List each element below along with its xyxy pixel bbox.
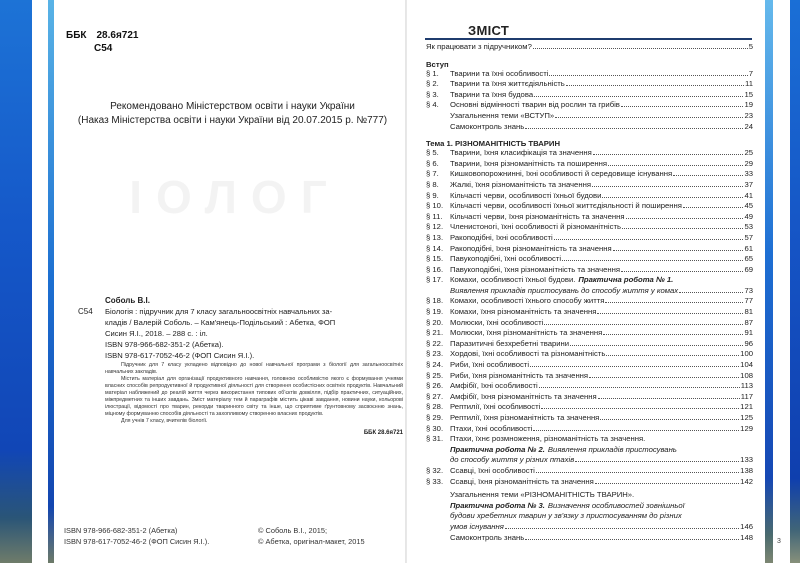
toc-label: до способу життя у різних птахів xyxy=(450,455,574,464)
toc-label: Тварини та їхня будова xyxy=(450,90,533,99)
toc-page: 104 xyxy=(740,360,753,369)
toc-number: § 28. xyxy=(426,402,450,411)
toc-entry-17[interactable]: § 17. Комахи, особливості їхньої будови.… xyxy=(426,275,753,286)
toc-label: Тварини, їхня класифікація та значення xyxy=(450,148,592,157)
page-number: 3 xyxy=(777,538,781,545)
toc-number: § 19. xyxy=(426,307,450,316)
leader-dots xyxy=(570,345,743,346)
leader-dots xyxy=(592,186,743,187)
toc-label: Жалкі, їхня різноманітність та значення xyxy=(450,180,591,189)
leader-dots xyxy=(533,430,739,431)
bbk-header: ББК 28.6я721 С54 xyxy=(66,30,138,56)
toc-entry[interactable]: § 20.Молюски, їхні особливості87 xyxy=(426,318,753,329)
leader-dots xyxy=(608,165,743,166)
toc-label: Узагальнення теми «РІЗНОМАНІТНІСТЬ ТВАРИ… xyxy=(450,490,634,499)
toc-summary-line-3[interactable]: умов існування 146 xyxy=(426,522,753,533)
toc-page: 113 xyxy=(741,381,753,390)
toc-label: Комахи, їхня різноманітність та значення xyxy=(450,307,596,316)
toc-entry[interactable]: § 12.Членистоногі, їхні особливості й рі… xyxy=(426,222,753,233)
margin-right xyxy=(773,0,790,563)
toc-page: 69 xyxy=(744,265,753,274)
leader-dots xyxy=(600,419,739,420)
toc-entry[interactable]: § 13.Ракоподібні, їхні особливості57 xyxy=(426,233,753,244)
toc-page: 142 xyxy=(740,477,753,486)
toc-number: § 14. xyxy=(426,244,450,253)
toc-entry[interactable]: § 8.Жалкі, їхня різноманітність та значе… xyxy=(426,180,753,191)
toc-label: Виявлення прикладів пристосувань до спос… xyxy=(450,286,678,295)
catalog-description-3: Сисин Я.І., 2018. – 288 с. : іл. xyxy=(105,328,403,339)
catalog-description-2: кладів / Валерій Соболь. – Кам'янець-Под… xyxy=(105,317,403,328)
toc-entry[interactable]: § 2.Тварини та їхня життєдіяльність11 xyxy=(426,79,753,90)
leader-dots xyxy=(593,154,744,155)
toc-number: § 9. xyxy=(426,191,450,200)
toc-page: 125 xyxy=(740,413,753,422)
toc-number: § 12. xyxy=(426,222,450,231)
toc-page: 146 xyxy=(740,522,753,531)
toc-number: § 26. xyxy=(426,381,450,390)
author-mark: С54 xyxy=(94,43,112,56)
toc-entry-31[interactable]: § 31. Птахи, їхнє розмноження, різномані… xyxy=(426,434,753,445)
toc-entry[interactable]: Самоконтроль знань 148 xyxy=(426,533,753,544)
leader-dots xyxy=(602,197,743,198)
toc-entry-31-practical[interactable]: Практична робота № 2. Виявлення прикладі… xyxy=(426,445,753,456)
toc-entry[interactable]: § 15.Павукоподібні, їхні особливості65 xyxy=(426,254,753,265)
toc-entry[interactable]: § 5.Тварини, їхня класифікація та значен… xyxy=(426,148,753,159)
toc-page: 33 xyxy=(744,169,753,178)
toc-number: § 8. xyxy=(426,180,450,189)
leader-dots xyxy=(536,472,739,473)
toc-entry[interactable]: § 25.Риби, їхня різноманітність та значе… xyxy=(426,371,753,382)
toc-page: 121 xyxy=(740,402,753,411)
leader-dots xyxy=(541,408,739,409)
toc-page: 100 xyxy=(740,349,753,358)
toc-label: Тварини та їхні особливості xyxy=(450,69,548,78)
leader-dots xyxy=(525,539,739,540)
ocean-strip-right-outer xyxy=(790,0,800,563)
toc-page: 87 xyxy=(744,318,753,327)
toc-label: Ракоподібні, їхня різноманітність та зна… xyxy=(450,244,612,253)
toc-section-heading: Тема 1. РІЗНОМАНІТНІСТЬ ТВАРИН xyxy=(426,136,753,148)
leader-dots xyxy=(679,292,743,293)
toc-number: § 1. xyxy=(426,69,450,78)
leader-dots xyxy=(562,260,743,261)
toc-label: Паразитичні безхребетні тварини xyxy=(450,339,569,348)
toc-number: § 17. xyxy=(426,275,450,284)
toc-label: Птахи, їхнє розмноження, різноманітність… xyxy=(450,434,645,443)
leader-dots xyxy=(505,528,739,529)
leader-dots xyxy=(603,334,743,335)
toc-page: 29 xyxy=(744,159,753,168)
toc-label: Ссавці, їхня різноманітність та значення xyxy=(450,477,594,486)
toc-entry[interactable]: § 32.Ссавці, їхні особливості138 xyxy=(426,466,753,477)
toc-entry[interactable]: § 28.Рептилії, їхні особливості121 xyxy=(426,402,753,413)
leader-dots xyxy=(621,271,743,272)
toc-summary[interactable]: Узагальнення теми «РІЗНОМАНІТНІСТЬ ТВАРИ… xyxy=(426,490,753,501)
toc-page: 41 xyxy=(744,191,753,200)
toc-number: § 29. xyxy=(426,413,450,422)
toc-entry[interactable]: § 22.Паразитичні безхребетні тварини96 xyxy=(426,339,753,350)
toc-section-1-items: § 1.Тварини та їхні особливості7§ 2.Твар… xyxy=(426,69,753,111)
toc-number: § 15. xyxy=(426,254,450,263)
copyright-block: © Соболь В.І., 2015; © Абетка, оригінал-… xyxy=(258,525,365,547)
toc-number: § 31. xyxy=(426,434,450,443)
leader-dots xyxy=(589,377,739,378)
practical-work-text: Визначення особливостей зовнішньої xyxy=(548,501,685,510)
toc-label: Кільчасті черви, їхня різноманітність та… xyxy=(450,212,625,221)
toc-label: Кільчасті черви, особливості їхньої житт… xyxy=(450,201,682,210)
toc-label: Рептилії, їхні особливості xyxy=(450,402,540,411)
toc-entry[interactable]: § 30.Птахи, їхні особливості129 xyxy=(426,424,753,435)
toc-page: 37 xyxy=(744,180,753,189)
toc-page: 24 xyxy=(744,122,753,131)
toc-number: § 6. xyxy=(426,159,450,168)
toc-page: 53 xyxy=(744,222,753,231)
toc-page: 108 xyxy=(740,371,753,380)
toc-label: Амфібії, їхні особливості xyxy=(450,381,538,390)
leader-dots xyxy=(544,324,743,325)
annotation-paragraph-2: Містить матеріал для організації продукт… xyxy=(105,376,403,418)
bbk-label: ББК xyxy=(66,30,86,43)
toc-label: Як працювати з підручником? xyxy=(426,42,532,51)
leader-dots xyxy=(530,366,739,367)
leader-dots xyxy=(575,461,739,462)
toc-label: Основні відмінності тварин від рослин та… xyxy=(450,100,620,109)
toc-label: Павукоподібні, їхня різноманітність та з… xyxy=(450,265,620,274)
annotation-paragraph-3: Для учнів 7 класу, вчителів біології. xyxy=(105,418,403,425)
toc-page: 23 xyxy=(744,111,753,120)
toc-entry[interactable]: § 9.Кільчасті черви, особливості їхньої … xyxy=(426,191,753,202)
leader-dots xyxy=(549,75,747,76)
toc-page: 45 xyxy=(744,201,753,210)
toc-page: 96 xyxy=(744,339,753,348)
toc-section-heading: Вступ xyxy=(426,57,753,69)
toc-number: § 33. xyxy=(426,477,450,486)
toc-page: 129 xyxy=(740,424,753,433)
toc-entry[interactable]: § 27.Амфібії, їхня різноманітність та зн… xyxy=(426,392,753,403)
toc-number: § 27. xyxy=(426,392,450,401)
toc-number: § 3. xyxy=(426,90,450,99)
catalog-annotation: Підручник для 7 класу укладено відповідн… xyxy=(105,362,403,425)
leader-dots xyxy=(555,117,743,118)
toc-entry[interactable]: § 10.Кільчасті черви, особливості їхньої… xyxy=(426,201,753,212)
toc-entry[interactable]: § 16.Павукоподібні, їхня різноманітність… xyxy=(426,265,753,276)
ministry-recommendation: Рекомендовано Міністерством освіти і нау… xyxy=(60,100,405,128)
toc-number: § 5. xyxy=(426,148,450,157)
footer-isbn-2: ISBN 978-617-7052-46-2 (ФОП Сисин Я.І.). xyxy=(64,536,209,547)
practical-work-label: Практична робота № 3. xyxy=(450,501,545,510)
toc-label: Рептилії, їхня різноманітність та значен… xyxy=(450,413,599,422)
toc-page: 61 xyxy=(744,244,753,253)
toc-number: § 11. xyxy=(426,212,450,221)
toc-number: § 24. xyxy=(426,360,450,369)
catalog-author-mark: С54 xyxy=(78,306,93,317)
leader-dots xyxy=(621,106,744,107)
toc-entry[interactable]: § 26.Амфібії, їхні особливості113 xyxy=(426,381,753,392)
toc-label: Тварини та їхня життєдіяльність xyxy=(450,79,565,88)
toc-label: Узагальнення теми «ВСТУП» xyxy=(450,111,554,120)
toc-label: Кишковопорожнинні, їхні особливості й се… xyxy=(450,169,672,178)
toc-section-2-items: § 5.Тварини, їхня класифікація та значен… xyxy=(426,148,753,275)
toc-entry[interactable]: § 33.Ссавці, їхня різноманітність та зна… xyxy=(426,477,753,488)
toc-entry[interactable]: Узагальнення теми «ВСТУП» 23 xyxy=(426,111,753,122)
catalog-bbk: ББК 28.6я721 xyxy=(105,428,403,439)
toc-number: § 13. xyxy=(426,233,450,242)
leader-dots xyxy=(533,48,748,49)
toc-entry[interactable]: Як працювати з підручником? 5 xyxy=(426,42,753,53)
practical-work-text: Виявлення прикладів пристосувань xyxy=(548,445,677,454)
toc-page: 81 xyxy=(744,307,753,316)
toc-page: 65 xyxy=(744,254,753,263)
toc-number: § 4. xyxy=(426,100,450,109)
leader-dots xyxy=(525,128,743,129)
toc-label: Павукоподібні, їхні особливості xyxy=(450,254,561,263)
toc-section-2-items-continued: § 18.Комахи, особливості їхнього способу… xyxy=(426,296,753,434)
toc-entry[interactable]: § 3.Тварини та їхня будова15 xyxy=(426,90,753,101)
leader-dots xyxy=(613,250,744,251)
toc-entry-31-continued[interactable]: до способу життя у різних птахів 133 xyxy=(426,455,753,466)
toc-page: 49 xyxy=(744,212,753,221)
annotation-paragraph-1: Підручник для 7 класу укладено відповідн… xyxy=(105,362,403,376)
catalog-isbn-2: ISBN 978-617-7052-46-2 (ФОП Сисин Я.І.). xyxy=(105,350,403,361)
toc-entry-17-continued[interactable]: Виявлення прикладів пристосувань до спос… xyxy=(426,286,753,297)
toc-label: Самоконтроль знань xyxy=(450,533,524,542)
toc-page: 7 xyxy=(749,69,753,78)
toc-entry[interactable]: § 23.Хордові, їхні особливості та різном… xyxy=(426,349,753,360)
toc-label: Комахи, особливості їхнього способу житт… xyxy=(450,296,604,305)
toc-page: 15 xyxy=(744,90,753,99)
toc-page: 133 xyxy=(740,455,753,464)
toc-label: Амфібії, їхня різноманітність та значенн… xyxy=(450,392,597,401)
copyright-2: © Абетка, оригінал-макет, 2015 xyxy=(258,536,365,547)
leader-dots xyxy=(566,85,744,86)
leader-dots xyxy=(622,228,743,229)
leader-dots xyxy=(534,96,743,97)
toc-page: 11 xyxy=(745,79,753,88)
leader-dots xyxy=(598,398,740,399)
toc-label: Кільчасті черви, особливості їхньої будо… xyxy=(450,191,601,200)
toc-label: Риби, їхні особливості xyxy=(450,360,529,369)
toc-page: 117 xyxy=(741,392,753,401)
practical-work-label: Практична робота № 2. xyxy=(450,445,545,454)
imprint-page xyxy=(54,0,412,563)
toc-entry[interactable]: § 14.Ракоподібні, їхня різноманітність т… xyxy=(426,244,753,255)
catalog-description-1: Біологія : підручник для 7 класу загальн… xyxy=(105,306,403,317)
footer-isbn-1: ISBN 978-966-682-351-2 (Абетка) xyxy=(64,525,209,536)
leader-dots xyxy=(597,313,743,314)
leader-dots xyxy=(595,483,739,484)
toc-number: § 22. xyxy=(426,339,450,348)
toc-page: 57 xyxy=(744,233,753,242)
toc-number: § 25. xyxy=(426,371,450,380)
toc-page: 77 xyxy=(744,296,753,305)
toc-label: будови хребетних тварин у зв'язку з прис… xyxy=(450,511,682,520)
toc-label: Членистоногі, їхні особливості й різнома… xyxy=(450,222,621,231)
toc-label: Тварини, їхня різноманітність та поширен… xyxy=(450,159,607,168)
toc-page: 73 xyxy=(744,286,753,295)
footer-isbn: ISBN 978-966-682-351-2 (Абетка) ISBN 978… xyxy=(64,525,209,547)
toc-entry[interactable]: § 4.Основні відмінності тварин від росли… xyxy=(426,100,753,111)
toc-page: 19 xyxy=(744,100,753,109)
toc-number: § 21. xyxy=(426,328,450,337)
toc-label: Самоконтроль знань xyxy=(450,122,524,131)
recommendation-line-1: Рекомендовано Міністерством освіти і нау… xyxy=(60,100,405,114)
toc-number: § 32. xyxy=(426,466,450,475)
margin-left xyxy=(32,0,48,563)
toc-number: § 23. xyxy=(426,349,450,358)
show-through-subtitle xyxy=(110,228,350,244)
leader-dots xyxy=(626,218,744,219)
toc-entry[interactable]: § 21.Молюски, їхня різноманітність та зн… xyxy=(426,328,753,339)
toc-entry[interactable]: § 6.Тварини, їхня різноманітність та пош… xyxy=(426,159,753,170)
recommendation-line-2: (Наказ Міністерства освіти і науки Украї… xyxy=(60,114,405,128)
ocean-strip-left-outer xyxy=(0,0,32,563)
toc-number: § 7. xyxy=(426,169,450,178)
toc-number: § 2. xyxy=(426,79,450,88)
leader-dots xyxy=(683,207,743,208)
toc-entry[interactable]: § 1.Тварини та їхні особливості7 xyxy=(426,69,753,80)
toc-entry[interactable]: Самоконтроль знань 24 xyxy=(426,122,753,133)
catalog-author: Соболь В.І. xyxy=(105,295,403,306)
toc-label: Молюски, їхня різноманітність та значенн… xyxy=(450,328,602,337)
toc-summary-line-2: будови хребетних тварин у зв'язку з прис… xyxy=(426,511,753,522)
leader-dots xyxy=(554,239,744,240)
leader-dots xyxy=(539,387,740,388)
toc-label: Риби, їхня різноманітність та значення xyxy=(450,371,588,380)
toc-label: Молюски, їхні особливості xyxy=(450,318,543,327)
toc-entry[interactable]: § 18.Комахи, особливості їхнього способу… xyxy=(426,296,753,307)
toc-number: § 16. xyxy=(426,265,450,274)
toc-label: Комахи, особливості їхньої будови. xyxy=(450,275,575,284)
toc-label: Ракоподібні, їхні особливості xyxy=(450,233,553,242)
toc-section-2-items-final: § 32.Ссавці, їхні особливості138§ 33.Сса… xyxy=(426,466,753,487)
toc-entry[interactable]: § 11.Кільчасті черви, їхня різноманітніс… xyxy=(426,212,753,223)
catalog-isbn-1: ISBN 978-966-682-351-2 (Абетка). xyxy=(105,339,403,350)
toc-entry[interactable]: § 24.Риби, їхні особливості104 xyxy=(426,360,753,371)
toc-entry[interactable]: § 19.Комахи, їхня різноманітність та зна… xyxy=(426,307,753,318)
bbk-code: 28.6я721 xyxy=(96,30,138,43)
toc-number: § 18. xyxy=(426,296,450,305)
toc-number: § 20. xyxy=(426,318,450,327)
toc-label: умов існування xyxy=(450,522,504,531)
leader-dots xyxy=(606,355,739,356)
toc-number: § 10. xyxy=(426,201,450,210)
toc-number: § 30. xyxy=(426,424,450,433)
leader-dots xyxy=(605,302,743,303)
toc-page: 5 xyxy=(749,42,753,51)
copyright-1: © Соболь В.І., 2015; xyxy=(258,525,365,536)
toc-page: 25 xyxy=(744,148,753,157)
toc-label: Ссавці, їхні особливості xyxy=(450,466,535,475)
toc-label: Хордові, їхні особливості та різноманітн… xyxy=(450,349,605,358)
show-through-title: ІОЛОГ xyxy=(85,170,385,220)
catalog-card: С54 Соболь В.І. Біологія : підручник для… xyxy=(105,295,403,439)
book-spine xyxy=(405,0,407,563)
toc-page: 138 xyxy=(740,466,753,475)
toc-page: 148 xyxy=(740,533,753,542)
ocean-strip-right-inner xyxy=(765,0,773,563)
leader-dots xyxy=(673,175,743,176)
toc-entry[interactable]: § 29.Рептилії, їхня різноманітність та з… xyxy=(426,413,753,424)
toc-entry[interactable]: § 7.Кишковопорожнинні, їхні особливості … xyxy=(426,169,753,180)
contents-title: ЗМІСТ xyxy=(468,23,509,38)
toc-label: Птахи, їхні особливості xyxy=(450,424,532,433)
toc-page: 91 xyxy=(744,328,753,337)
table-of-contents: Як працювати з підручником? 5 Вступ § 1.… xyxy=(426,40,753,543)
toc-summary-practical[interactable]: Практична робота № 3. Визначення особлив… xyxy=(426,501,753,512)
practical-work-label: Практична робота № 1. xyxy=(578,275,673,284)
